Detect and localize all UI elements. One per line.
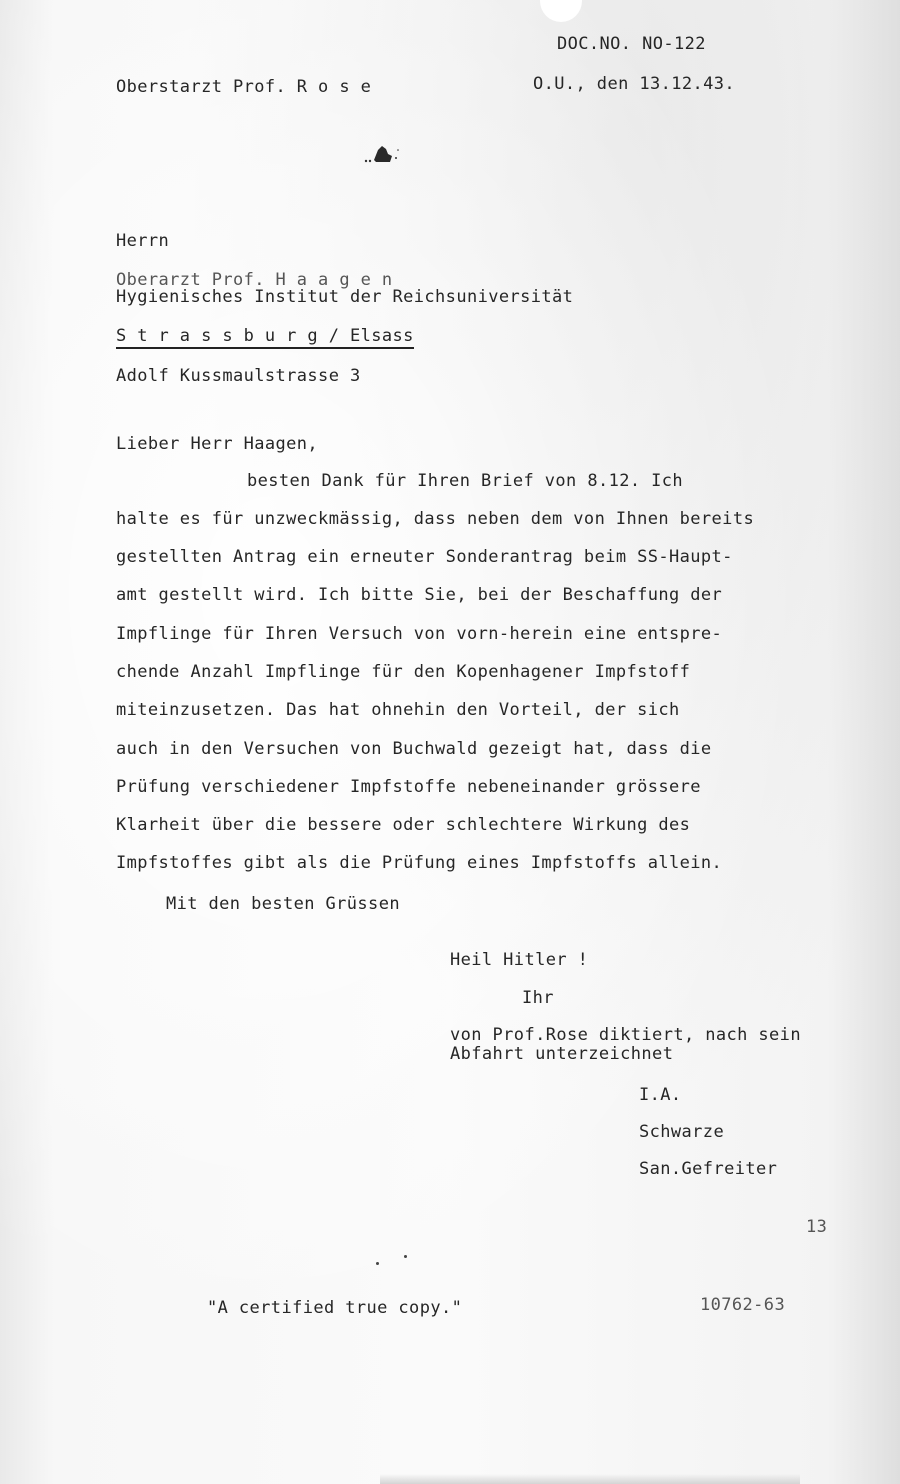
torn-bottom-edge	[380, 1474, 800, 1484]
letter-greeting: Lieber Herr Haagen,	[116, 434, 318, 454]
body-line: auch in den Versuchen von Buchwald gezei…	[116, 739, 712, 759]
body-line: besten Dank für Ihren Brief von 8.12. Ic…	[247, 471, 683, 491]
certification-text: "A certified true copy."	[207, 1298, 462, 1318]
signature-ia: I.A.	[639, 1085, 682, 1105]
ink-speck	[376, 1262, 379, 1265]
body-line: chende Anzahl Impflinge für den Kopenhag…	[116, 662, 690, 682]
dictation-note-line2: Abfahrt unterzeichnet	[450, 1044, 673, 1064]
recipient-street: Adolf Kussmaulstrasse 3	[116, 366, 361, 386]
sender-line: Oberstarzt Prof. R o s e	[116, 77, 371, 97]
recipient-city: S t r a s s b u r g / Elsass	[116, 326, 414, 349]
yours-line: Ihr	[522, 988, 554, 1008]
torn-corner	[540, 0, 582, 22]
recipient-salutation: Herrn	[116, 231, 169, 251]
salute-line: Heil Hitler !	[450, 950, 588, 970]
document-page: DOC.NO. NO-122 Oberstarzt Prof. R o s e …	[0, 0, 900, 1484]
body-line: Prüfung verschiedener Impfstoffe nebenei…	[116, 777, 701, 797]
letter-closing: Mit den besten Grüssen	[166, 894, 400, 914]
dictation-note-line1: von Prof.Rose diktiert, nach sein	[450, 1025, 801, 1045]
page-number: 13	[806, 1217, 827, 1237]
body-line: Klarheit über die bessere oder schlechte…	[116, 815, 690, 835]
signature-name: Schwarze	[639, 1122, 724, 1142]
doc-number: DOC.NO. NO-122	[557, 34, 706, 54]
body-line: gestellten Antrag ein erneuter Sonderant…	[116, 547, 733, 567]
body-line: halte es für unzweckmässig, dass neben d…	[116, 509, 754, 529]
recipient-institute: Hygienisches Institut der Reichsuniversi…	[116, 287, 573, 307]
body-line: miteinzusetzen. Das hat ohnehin den Vort…	[116, 700, 680, 720]
body-line: amt gestellt wird. Ich bitte Sie, bei de…	[116, 585, 722, 605]
body-line: Impfstoffes gibt als die Prüfung eines I…	[116, 853, 722, 873]
body-line: Impflinge für Ihren Versuch von vorn-her…	[116, 624, 722, 644]
signature-rank: San.Gefreiter	[639, 1159, 777, 1179]
place-date: O.U., den 13.12.43.	[533, 74, 735, 94]
ink-speck	[404, 1255, 407, 1258]
ink-emblem-icon	[352, 140, 412, 166]
reference-number: 10762-63	[700, 1295, 785, 1315]
